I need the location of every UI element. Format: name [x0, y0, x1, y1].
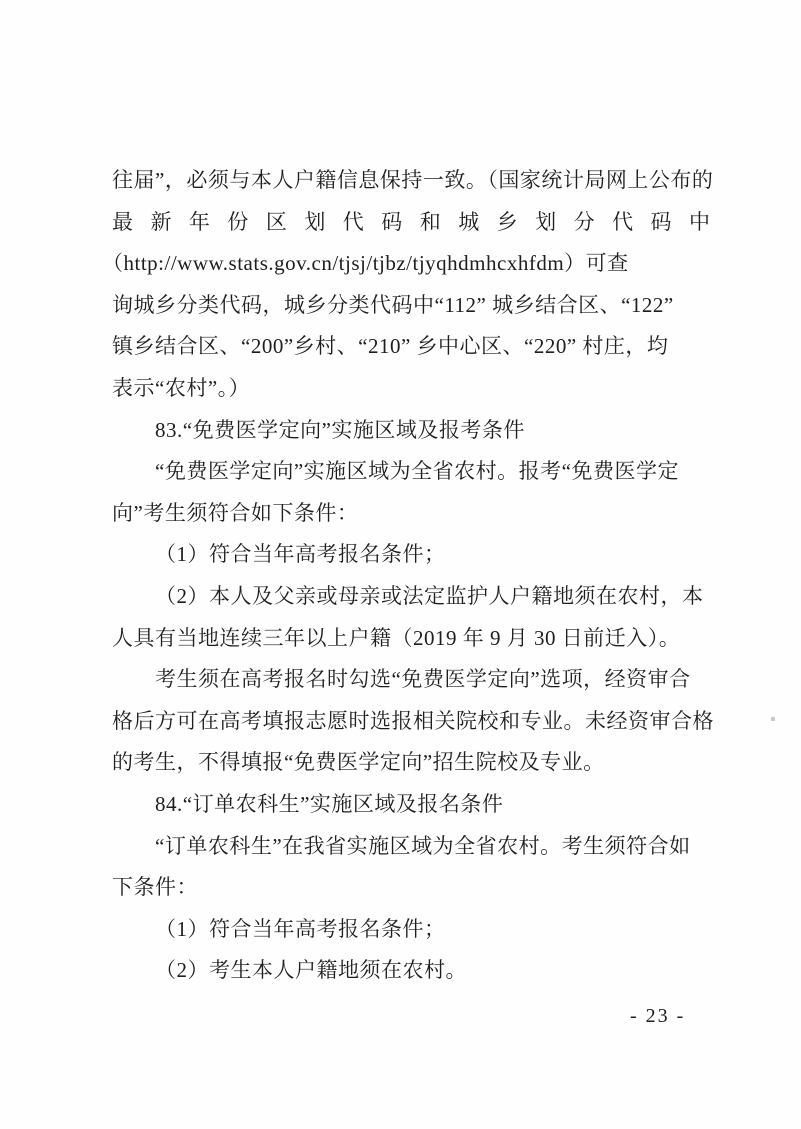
text-line: 向”考生须符合如下条件： — [112, 493, 710, 535]
text-line: “免费医学定向”实施区域为全省农村。报考“免费医学定 — [112, 451, 710, 493]
text-line: 镇乡结合区、“200”乡村、“210” 乡中心区、“220” 村庄，均 — [112, 326, 710, 368]
text-line: 考生须在高考报名时勾选“免费医学定向”选项，经资审合 — [112, 659, 710, 701]
condition-item: （2）本人及父亲或母亲或法定监护人户籍地须在农村，本 — [112, 576, 710, 618]
text-line: 最新年份区划代码和城乡划分代码中 — [112, 202, 710, 244]
text-line: 人具有当地连续三年以上户籍（2019 年 9 月 30 日前迁入）。 — [112, 618, 710, 660]
condition-item: （1）符合当年高考报名条件； — [112, 909, 710, 951]
condition-item: （1）符合当年高考报名条件； — [112, 534, 710, 576]
url-line: （http://www.stats.gov.cn/tjsj/tjbz/tjyqh… — [102, 243, 710, 285]
text-line: 往届”，必须与本人户籍信息保持一致。（国家统计局网上公布的 — [112, 160, 710, 202]
text-line: 下条件： — [112, 867, 710, 909]
section-84-heading: 84.“订单农科生”实施区域及报名条件 — [112, 784, 710, 826]
page-number: - 23 - — [630, 1003, 685, 1029]
section-83-heading: 83.“免费医学定向”实施区域及报考条件 — [112, 410, 710, 452]
text-line: 表示“农村”。） — [112, 368, 710, 410]
text-line: 的考生，不得填报“免费医学定向”招生院校及专业。 — [112, 742, 710, 784]
text-line: 格后方可在高考填报志愿时选报相关院校和专业。未经资审合格 — [112, 701, 710, 743]
condition-item: （2）考生本人户籍地须在农村。 — [112, 950, 710, 992]
scan-artifact-dot — [771, 717, 775, 721]
document-page: 往届”，必须与本人户籍信息保持一致。（国家统计局网上公布的 最新年份区划代码和城… — [0, 0, 801, 1129]
text-line: 询城乡分类代码，城乡分类代码中“112” 城乡结合区、“122” — [112, 285, 710, 327]
text-line: “订单农科生”在我省实施区域为全省农村。考生须符合如 — [112, 826, 710, 868]
text-block: 往届”，必须与本人户籍信息保持一致。（国家统计局网上公布的 最新年份区划代码和城… — [112, 160, 710, 992]
